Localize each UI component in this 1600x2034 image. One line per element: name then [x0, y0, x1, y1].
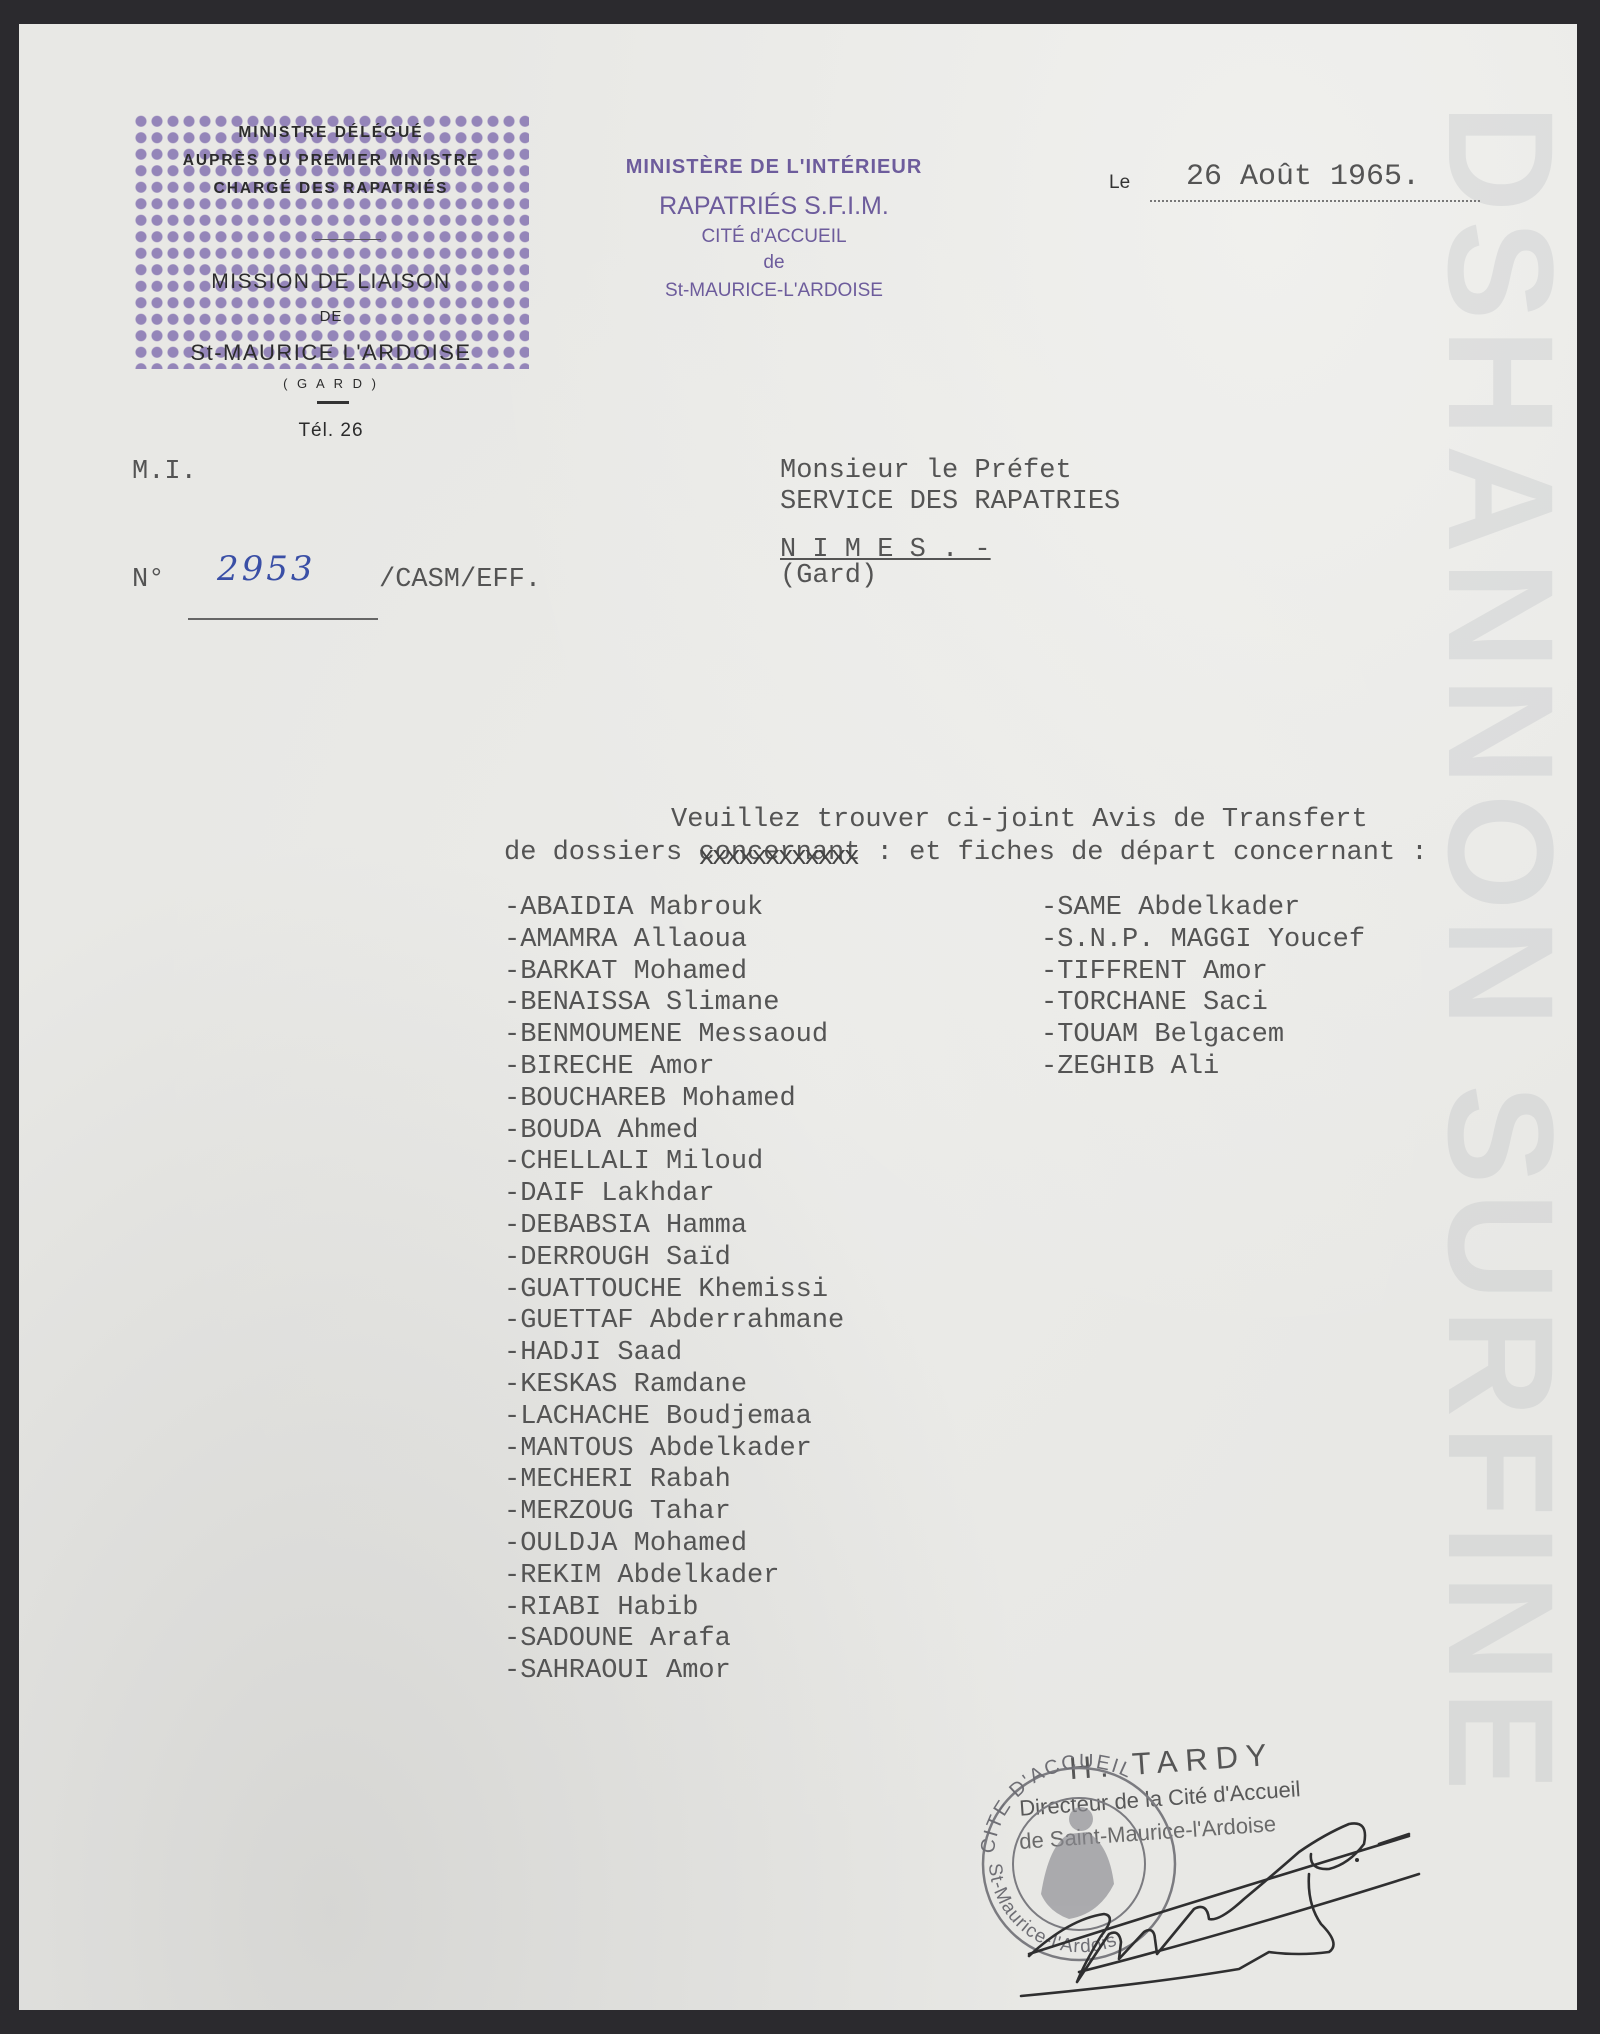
name-list-item: -BOUCHAREB Mohamed [504, 1083, 844, 1115]
body-line-1: Veuillez trouver ci-joint Avis de Transf… [671, 804, 1368, 836]
letterhead-line-1: MINISTRE DÉLÉGUÉ [133, 124, 529, 142]
name-list-item: -SAHRAOUI Amor [504, 1655, 844, 1687]
reference-suffix: /CASM/EFF. [379, 564, 541, 596]
name-list-item: -OULDJA Mohamed [504, 1528, 844, 1560]
letterhead-de: DE [133, 308, 529, 325]
name-list-item: -ABAIDIA Mabrouk [504, 892, 844, 924]
service-code: M.I. [132, 456, 197, 488]
name-list-item: -BARKAT Mohamed [504, 956, 844, 988]
letterhead-department: ( G A R D ) [133, 376, 529, 391]
letterhead-mission: MISSION DE LIAISON [133, 270, 529, 294]
name-list-item: -BIRECHE Amor [504, 1051, 844, 1083]
name-list-item: -MANTOUS Abdelkader [504, 1433, 844, 1465]
stamp-cite: CITÉ d'ACCUEIL [579, 226, 969, 248]
name-list-item: -ZEGHIB Ali [1041, 1051, 1365, 1083]
date-value: 26 Août 1965. [1186, 161, 1420, 193]
name-list-item: -MERZOUG Tahar [504, 1496, 844, 1528]
name-list-item: -BENMOUMENE Messaoud [504, 1019, 844, 1051]
name-list-item: -BENAISSA Slimane [504, 987, 844, 1019]
reference-prefix: N° [132, 564, 164, 596]
signature-block: H. TARDY Directeur de la Cité d'Accueil … [969, 1724, 1449, 2024]
struck-text: concernant : [698, 838, 892, 868]
date-label: Le [1109, 172, 1130, 194]
name-list-item: -HADJI Saad [504, 1337, 844, 1369]
name-list-item: -SADOUNE Arafa [504, 1623, 844, 1655]
name-list-item: -GUATTOUCHE Khemissi [504, 1274, 844, 1306]
name-list-item: -GUETTAF Abderrahmane [504, 1305, 844, 1337]
letterhead-place: St-MAURICE L'ARDOISE [133, 340, 529, 366]
name-list-item: -DEBABSIA Hamma [504, 1210, 844, 1242]
stamp-service: RAPATRIÉS S.F.I.M. [579, 192, 969, 221]
name-list-item: -RIABI Habib [504, 1592, 844, 1624]
letterhead-line-2: AUPRÈS DU PREMIER MINISTRE [119, 152, 543, 170]
document-page: DSHANNON SURFINE MINISTRE DÉLÉGUÉ AUPRÈS… [19, 24, 1577, 2010]
names-list-column-1: -ABAIDIA Mabrouk-AMAMRA Allaoua-BARKAT M… [504, 892, 844, 1687]
letterhead-rule [315, 239, 381, 240]
body-line-2: de dossiers concernant : et fiches de dé… [504, 837, 1428, 869]
date-dotted-line [1150, 200, 1480, 202]
stamp-ministry: MINISTÈRE DE L'INTÉRIEUR [579, 156, 969, 179]
name-list-item: -LACHACHE Boudjemaa [504, 1401, 844, 1433]
recipient-line-2: SERVICE DES RAPATRIES [780, 486, 1120, 518]
body-line-2-start: de dossiers [504, 838, 698, 868]
handwritten-signature [969, 1724, 1449, 2024]
name-list-item: -DERROUGH Saïd [504, 1242, 844, 1274]
letterhead-phone: Tél. 26 [133, 420, 529, 442]
name-list-item: -DAIF Lakhdar [504, 1178, 844, 1210]
letterhead-short-rule [317, 401, 349, 404]
name-list-item: -TOUAM Belgacem [1041, 1019, 1365, 1051]
recipient-department: (Gard) [780, 560, 877, 592]
name-list-item: -MECHERI Rabah [504, 1464, 844, 1496]
name-list-item: -TIFFRENT Amor [1041, 956, 1365, 988]
name-list-item: -TORCHANE Saci [1041, 987, 1365, 1019]
name-list-item: -KESKAS Ramdane [504, 1369, 844, 1401]
name-list-item: -S.N.P. MAGGI Youcef [1041, 924, 1365, 956]
name-list-item: -BOUDA Ahmed [504, 1115, 844, 1147]
paper-watermark: DSHANNON SURFINE [1437, 104, 1587, 1804]
stamp-de: de [579, 252, 969, 274]
letterhead-line-3: CHARGÉ DES RAPATRIÉS [133, 180, 529, 198]
recipient-line-1: Monsieur le Préfet [780, 455, 1072, 487]
stamp-place: St-MAURICE-L'ARDOISE [579, 280, 969, 302]
reference-number: 2953 [217, 549, 316, 589]
name-list-item: -SAME Abdelkader [1041, 892, 1365, 924]
body-line-2-end: et fiches de départ concernant : [893, 838, 1428, 868]
name-list-item: -AMAMRA Allaoua [504, 924, 844, 956]
reference-underline [188, 618, 378, 620]
name-list-item: -REKIM Abdelkader [504, 1560, 844, 1592]
name-list-item: -CHELLALI Miloud [504, 1146, 844, 1178]
names-list-column-2: -SAME Abdelkader-S.N.P. MAGGI Youcef-TIF… [1041, 892, 1365, 1083]
